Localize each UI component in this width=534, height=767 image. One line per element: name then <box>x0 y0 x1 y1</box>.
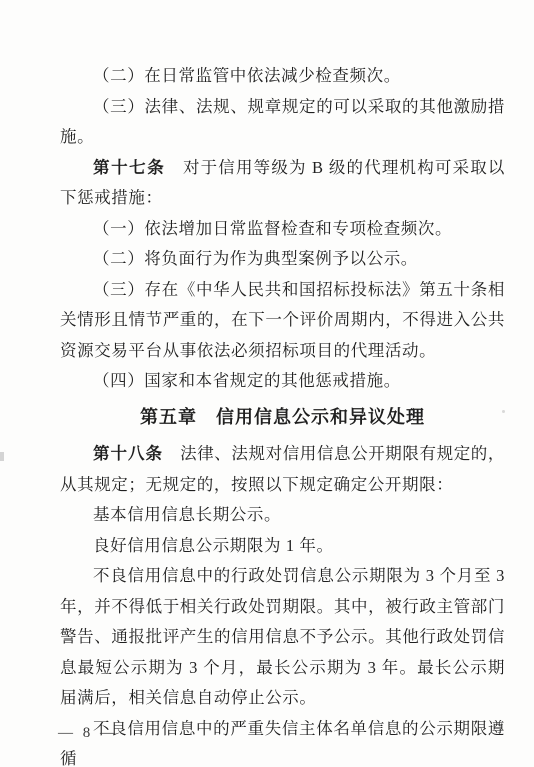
article-paragraph: 第十八条 法律、法规对信用信息公开期限有规定的，从其规定；无规定的，按照以下规定… <box>60 439 505 500</box>
scan-artifact <box>502 410 505 413</box>
article-number: 第十七条 <box>93 159 165 177</box>
body-paragraph: （四）国家和本省规定的其他惩戒措施。 <box>60 366 505 397</box>
body-paragraph: （一）依法增加日常监督检查和专项检查频次。 <box>60 214 505 245</box>
body-paragraph: （二）将负面行为作为典型案例予以公示。 <box>60 244 505 275</box>
article-number: 第十八条 <box>93 445 163 463</box>
document-page: （二）在日常监管中依法减少检查频次。（三）法律、法规、规章规定的可以采取的其他激… <box>0 0 534 767</box>
article-paragraph: 第十七条 对于信用等级为 B 级的代理机构可采取以下惩戒措施： <box>60 153 505 214</box>
body-paragraph: 基本信用信息长期公示。 <box>60 500 505 531</box>
chapter-heading: 第五章 信用信息公示和异议处理 <box>60 402 505 433</box>
body-paragraph: 不良信用信息中的严重失信主体名单信息的公示期限遵循 <box>60 714 505 767</box>
document-body: （二）在日常监管中依法减少检查频次。（三）法律、法规、规章规定的可以采取的其他激… <box>60 61 505 767</box>
scan-artifact <box>0 452 4 461</box>
body-paragraph: （二）在日常监管中依法减少检查频次。 <box>60 61 505 92</box>
body-paragraph: 良好信用信息公示期限为 1 年。 <box>60 531 505 562</box>
body-paragraph: （三）存在《中华人民共和国招标投标法》第五十条相关情形且情节严重的，在下一个评价… <box>60 275 505 367</box>
body-paragraph: 不良信用信息中的行政处罚信息公示期限为 3 个月至 3 年，并不得低于相关行政处… <box>60 561 505 714</box>
body-paragraph: （三）法律、法规、规章规定的可以采取的其他激励措施。 <box>60 92 505 153</box>
page-number: — 8 — <box>58 725 118 742</box>
